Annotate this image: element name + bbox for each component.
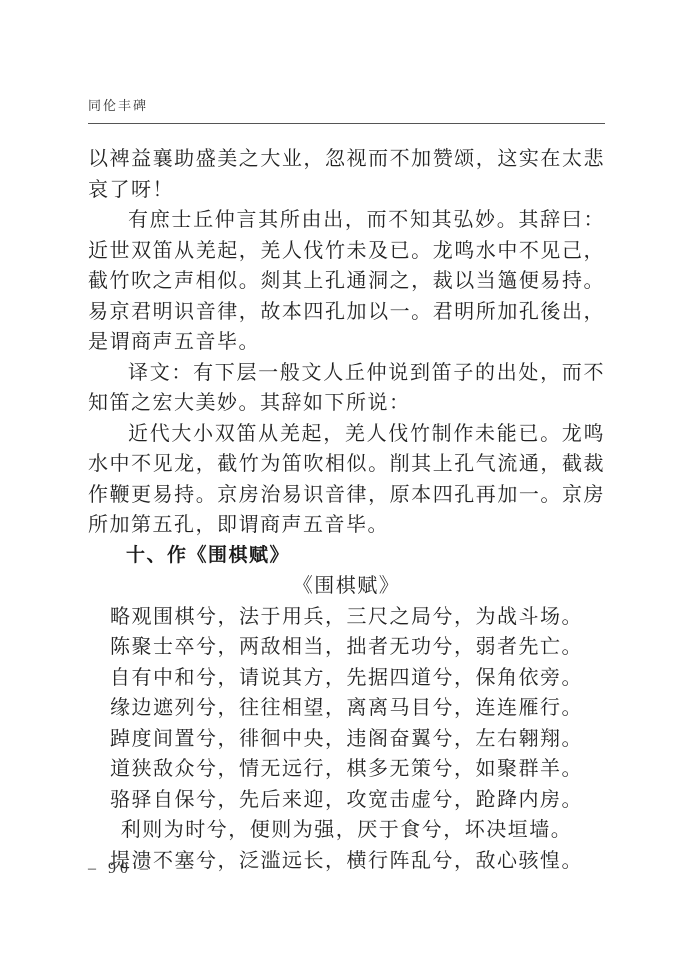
poem-line: 陈聚士卒兮，两敌相当，拙者无功兮，弱者先亡。 (88, 632, 605, 663)
poem-line: 缘边遮列兮，往往相望，离离马目兮，连连雁行。 (88, 693, 605, 724)
poem-line: 堤溃不塞兮，泛滥远长，横行阵乱兮，敌心骇惶。 (88, 846, 605, 877)
paragraph-translation-text: 近代大小双笛从羌起，羌人伐竹制作未能已。龙鸣水中不见龙，截竹为笛吹相似。削其上孔… (88, 419, 605, 541)
paragraph-continuation: 以裨益襄助盛美之大业，忽视而不加赞颂，这实在太悲哀了呀！ (88, 144, 605, 205)
poem-line: 略观围棋兮，法于用兵，三尺之局兮，为战斗场。 (88, 602, 605, 633)
poem-line: 踔度间置兮，徘徊中央，违阁奋翼兮，左右翱翔。 (88, 724, 605, 755)
running-header: 同伦丰碑 (88, 95, 605, 124)
poem-line: 道狭敌众兮，情无远行，棋多无策兮，如聚群羊。 (88, 754, 605, 785)
poem-line: 骆驿自保兮，先后来迎，攻宽击虚兮，跄跭内房。 (88, 785, 605, 816)
poem-line: 自有中和兮，请说其方，先据四道兮，保角依旁。 (88, 663, 605, 694)
page-number: – 90 – (88, 860, 152, 878)
poem-line: 利则为时兮，便则为强，厌于食兮，坏决垣墙。 (88, 815, 605, 846)
poem: 略观围棋兮，法于用兵，三尺之局兮，为战斗场。 陈聚士卒兮，两敌相当，拙者无功兮，… (88, 602, 605, 877)
paragraph-translation-intro: 译文：有下层一般文人丘仲说到笛子的出处，而不知笛之宏大美妙。其辞如下所说： (88, 358, 605, 419)
page-body: 以裨益襄助盛美之大业，忽视而不加赞颂，这实在太悲哀了呀！ 有庶士丘仲言其所由出，… (88, 144, 605, 876)
poem-title: 《围棋赋》 (88, 571, 605, 602)
book-page: 同伦丰碑 以裨益襄助盛美之大业，忽视而不加赞颂，这实在太悲哀了呀！ 有庶士丘仲言… (88, 95, 605, 876)
section-heading: 十、作《围棋赋》 (88, 541, 605, 572)
paragraph-original-text: 有庶士丘仲言其所由出，而不知其弘妙。其辞曰：近世双笛从羌起，羌人伐竹未及已。龙鸣… (88, 205, 605, 358)
